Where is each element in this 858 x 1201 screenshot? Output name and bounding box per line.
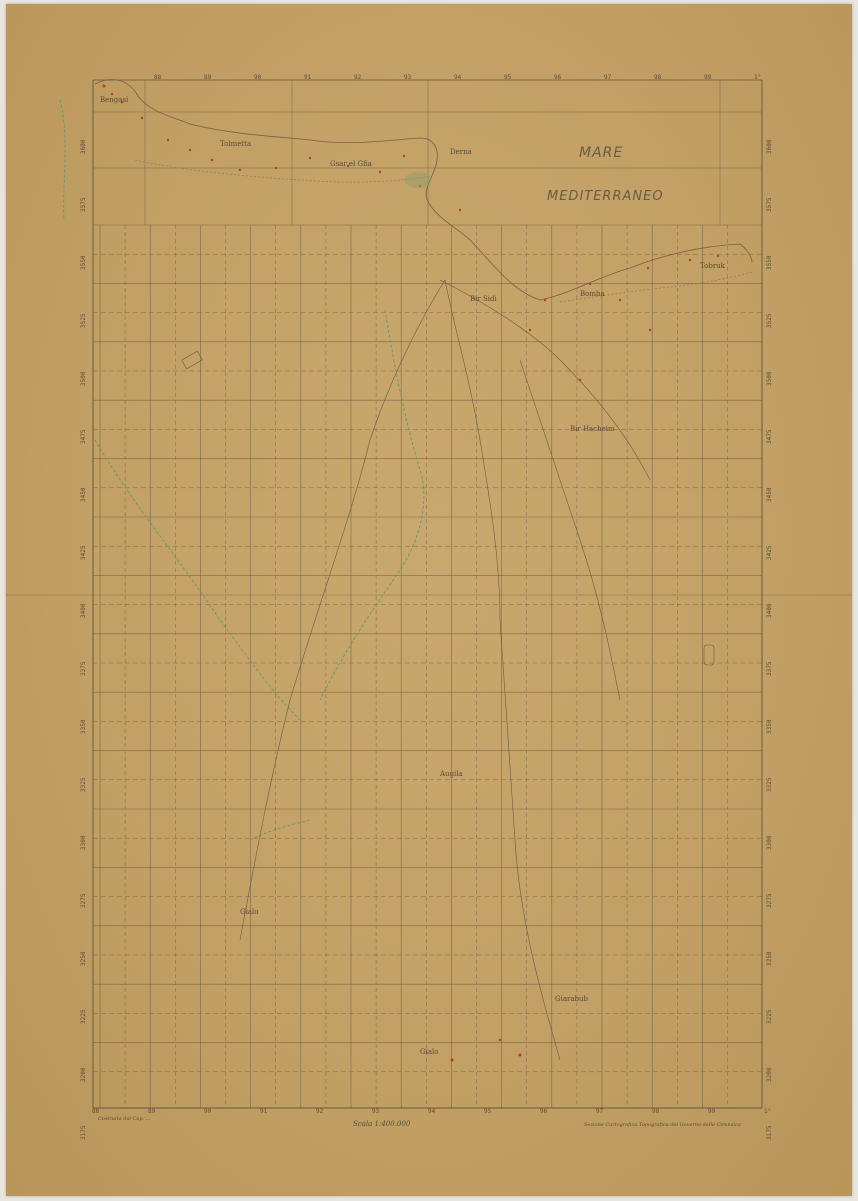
bottom-tick-label: 92 xyxy=(316,1108,323,1115)
right-tick-label: 3575 xyxy=(766,198,773,212)
place-label: Gsar el Gfia xyxy=(330,160,372,168)
bottom-tick-label: 91 xyxy=(260,1108,267,1115)
footer-credit-right: Sezione Cartografica Topografica del Gov… xyxy=(584,1122,741,1128)
caravan-tracks xyxy=(240,280,650,1060)
left-tick-label: 3575 xyxy=(80,198,87,212)
bottom-tick-label: 95 xyxy=(484,1108,491,1115)
place-label: Bengasi xyxy=(100,96,128,104)
top-tick-label: 91 xyxy=(304,74,311,81)
left-tick-label: 3400 xyxy=(80,604,87,618)
place-label: Gialo xyxy=(420,1048,438,1056)
left-tick-label: 3325 xyxy=(80,778,87,792)
left-tick-label: 3300 xyxy=(80,836,87,850)
top-tick-label: 97 xyxy=(604,74,611,81)
right-tick-label: 3225 xyxy=(766,1010,773,1024)
right-tick-label: 3525 xyxy=(766,314,773,328)
right-tick-label: 3500 xyxy=(766,372,773,386)
bottom-tick-label: 94 xyxy=(428,1108,435,1115)
place-label: Gialo xyxy=(240,908,258,916)
right-tick-label: 3400 xyxy=(766,604,773,618)
top-tick-label: 93 xyxy=(404,74,411,81)
survey-box-2 xyxy=(704,645,714,665)
top-tick-label: 89 xyxy=(204,74,211,81)
left-tick-label: 3600 xyxy=(80,140,87,154)
right-tick-label: 3275 xyxy=(766,894,773,908)
right-tick-label: 3375 xyxy=(766,662,773,676)
left-tick-label: 3350 xyxy=(80,720,87,734)
bottom-tick-label: 89 xyxy=(148,1108,155,1115)
top-tick-label: 94 xyxy=(454,74,461,81)
left-tick-label: 3550 xyxy=(80,256,87,270)
top-tick-label: 1° xyxy=(754,74,761,81)
bottom-tick-label: 1° xyxy=(764,1108,771,1115)
right-tick-label: 3425 xyxy=(766,546,773,560)
left-tick-label: 3275 xyxy=(80,894,87,908)
vegetation-patch xyxy=(404,172,432,188)
right-tick-label: 3475 xyxy=(766,430,773,444)
top-tick-label: 96 xyxy=(554,74,561,81)
coastline-west xyxy=(95,80,470,240)
top-tick-label: 90 xyxy=(254,74,261,81)
left-tick-label: 3475 xyxy=(80,430,87,444)
top-tick-label: 92 xyxy=(354,74,361,81)
place-label: Giarabub xyxy=(555,995,588,1003)
sea-label-mare: MARE xyxy=(579,145,623,161)
left-tick-label: 3175 xyxy=(80,1126,87,1140)
right-tick-label: 3325 xyxy=(766,778,773,792)
right-tick-label: 3300 xyxy=(766,836,773,850)
left-tick-label: 3525 xyxy=(80,314,87,328)
left-tick-label: 3450 xyxy=(80,488,87,502)
top-tick-label: 99 xyxy=(704,74,711,81)
coastal-red-markings xyxy=(103,85,720,1062)
bottom-tick-label: 99 xyxy=(708,1108,715,1115)
scale-label: Scala 1:400.000 xyxy=(353,1120,410,1128)
left-tick-label: 3500 xyxy=(80,372,87,386)
left-tick-label: 3375 xyxy=(80,662,87,676)
place-label: Bir Sidi xyxy=(470,295,497,303)
bottom-tick-label: 90 xyxy=(204,1108,211,1115)
right-tick-label: 3600 xyxy=(766,140,773,154)
place-label: Augila xyxy=(440,770,463,778)
top-tick-label: 88 xyxy=(154,74,161,81)
right-tick-label: 3250 xyxy=(766,952,773,966)
right-tick-label: 3450 xyxy=(766,488,773,502)
place-label: Derna xyxy=(450,148,472,156)
right-tick-label: 3175 xyxy=(766,1126,773,1140)
place-label: Bomba xyxy=(580,290,605,298)
bottom-tick-label: 88 xyxy=(92,1108,99,1115)
bottom-tick-label: 96 xyxy=(540,1108,547,1115)
map-canvas xyxy=(6,4,852,1196)
place-label: Bir Hacheim xyxy=(570,425,615,433)
sea-label-mediterraneo: MEDITERRANEO xyxy=(547,189,664,204)
footer-credit-left: Costruita dal Cap. ... xyxy=(98,1116,151,1122)
left-tick-label: 3425 xyxy=(80,546,87,560)
place-label: Tobruk xyxy=(700,262,725,270)
right-tick-label: 3550 xyxy=(766,256,773,270)
right-tick-label: 3200 xyxy=(766,1068,773,1082)
coastline-east xyxy=(470,240,752,302)
left-tick-label: 3225 xyxy=(80,1010,87,1024)
bottom-tick-label: 98 xyxy=(652,1108,659,1115)
top-tick-label: 95 xyxy=(504,74,511,81)
bottom-tick-label: 97 xyxy=(596,1108,603,1115)
green-routes xyxy=(60,100,424,840)
top-tick-label: 98 xyxy=(654,74,661,81)
left-tick-label: 3200 xyxy=(80,1068,87,1082)
left-tick-label: 3250 xyxy=(80,952,87,966)
map-sheet: MARE MEDITERRANEO BengasiTolmettaGsar el… xyxy=(6,4,852,1196)
place-label: Tolmetta xyxy=(220,140,251,148)
right-tick-label: 3350 xyxy=(766,720,773,734)
bottom-tick-label: 93 xyxy=(372,1108,379,1115)
survey-box-1 xyxy=(182,351,203,369)
grid-lines xyxy=(93,80,762,1108)
